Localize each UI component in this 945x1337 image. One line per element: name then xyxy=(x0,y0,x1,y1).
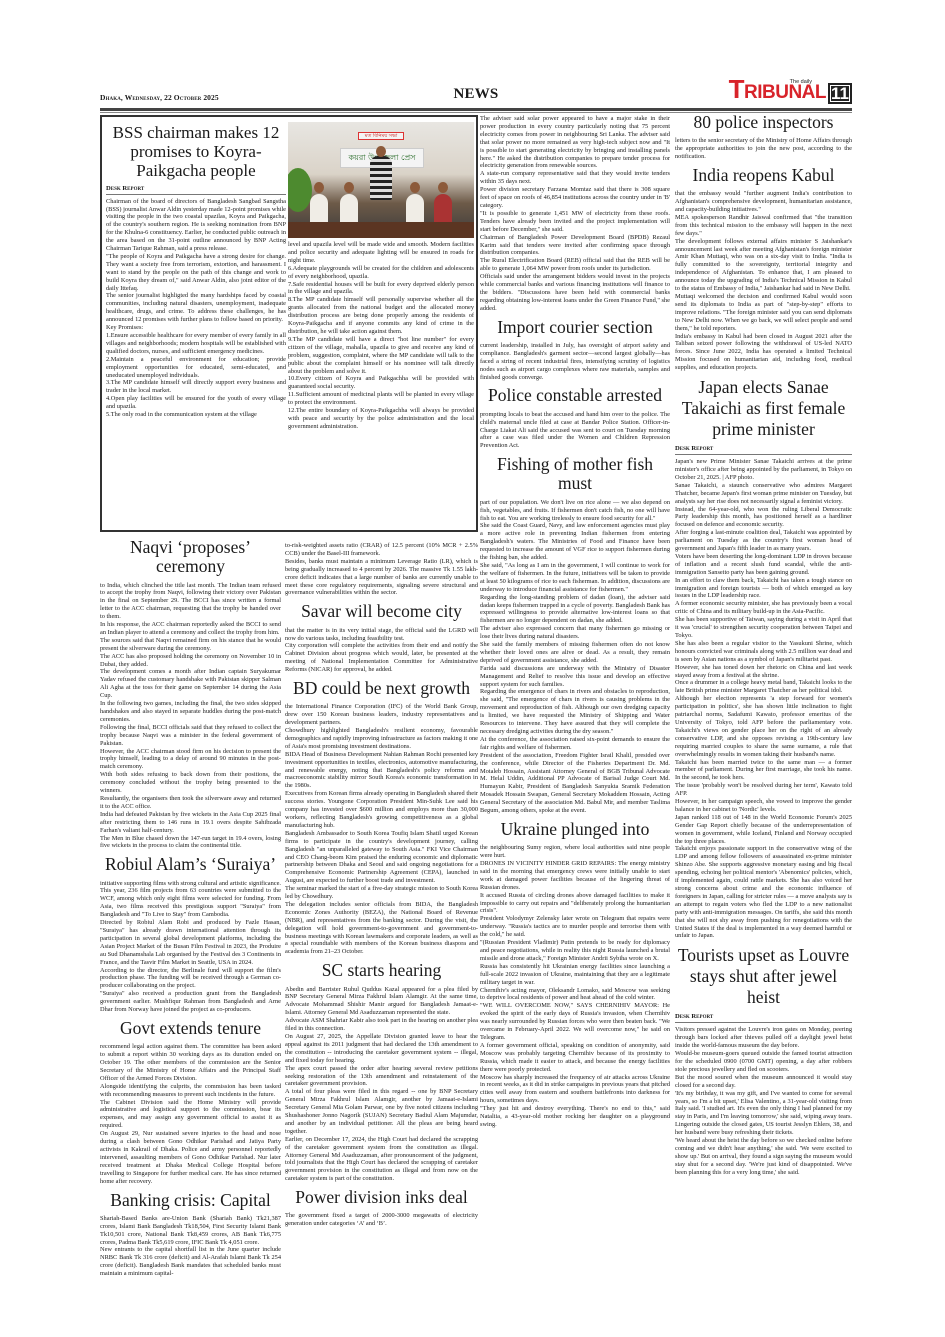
tribunal-logo[interactable]: The daily TRIBUNAL 11 xyxy=(729,80,852,104)
article-body-power-deal-cont: The adviser said solar power appeared to… xyxy=(480,115,670,313)
headline-constable[interactable]: Police constable arrested xyxy=(480,386,670,405)
article-body-banking-cont: to-risk-weighted assets ratio (CRAR) of … xyxy=(285,542,478,597)
headline-suraiya[interactable]: Robiul Alam’s ‘Suraiya’ xyxy=(100,855,281,874)
speaker-figure xyxy=(370,156,392,200)
headline-japan[interactable]: Japan elects Sanae Takaichi as first fem… xyxy=(675,377,852,440)
article-bss-chairman[interactable]: BSS chairman makes 12 promises to Koyra-… xyxy=(100,115,478,532)
masthead: Dhaka, Wednesday, 22 October 2025 NEWS T… xyxy=(100,84,852,108)
headline-india-kabul[interactable]: India reopens Kabul xyxy=(675,166,852,185)
person-head xyxy=(314,182,324,193)
column-2: to-risk-weighted assets ratio (CRAR) of … xyxy=(285,536,478,1228)
person-figure xyxy=(434,194,452,224)
article-body-constable: prompting locals to beat the accused and… xyxy=(480,411,670,451)
article-body-savar: that the matter is in its very initial s… xyxy=(285,627,478,674)
headline[interactable]: BSS chairman makes 12 promises to Koyra-… xyxy=(106,123,286,181)
article-body-sc-hearing: Abedin and Barrister Ruhul Quddus Kazal … xyxy=(285,986,478,1184)
byline-japan: Desk Report xyxy=(675,445,852,455)
photo-banner-top: মত বিনিময় সভা xyxy=(358,132,404,140)
column-3: The adviser said solar power appeared to… xyxy=(480,115,670,1129)
byline-louvre: Desk Report xyxy=(675,1013,852,1023)
person-figure xyxy=(310,194,328,224)
article-body-naqvi: to India, which clinched the title last … xyxy=(100,582,281,851)
newspaper-page: Dhaka, Wednesday, 22 October 2025 NEWS T… xyxy=(100,84,852,108)
article-body: Chairman of the board of directors of Ba… xyxy=(106,198,286,419)
headline-bd-growth[interactable]: BD could be next growth xyxy=(285,679,478,698)
column-4: 80 police inspectors letters to the seni… xyxy=(675,115,852,1177)
article-body-suraiya: initiative supporting films with strong … xyxy=(100,880,281,1014)
article-body-ukraine: the neighbouring Sumy region, where loca… xyxy=(480,844,670,1129)
person-head xyxy=(344,182,354,193)
headline-sc-hearing[interactable]: SC starts hearing xyxy=(285,961,478,980)
person-figure xyxy=(406,194,424,224)
article-body-courier: current leadership, installed in July, h… xyxy=(480,342,670,382)
headline-govt-tenure[interactable]: Govt extends tenure xyxy=(100,1019,281,1038)
headline-police-inspectors[interactable]: 80 police inspectors xyxy=(675,113,852,132)
article-body-japan: Japan's new Prime Minister Sanae Takaich… xyxy=(675,458,852,940)
person-figure xyxy=(340,194,358,224)
headline-banking[interactable]: Banking crisis: Capital xyxy=(100,1191,281,1210)
article-body-india-kabul: that the embassy would "further augment … xyxy=(675,190,852,372)
byline: Desk Report xyxy=(106,185,286,195)
column-1: Naqvi ‘proposes’ ceremony to India, whic… xyxy=(100,536,281,1278)
speaker-head xyxy=(376,146,386,157)
article-body-bd-growth: the International Finance Corporation (I… xyxy=(285,703,478,956)
masthead-rule xyxy=(100,108,852,111)
person-head xyxy=(410,182,420,193)
article-body-police-inspectors: letters to the senior secretary of the M… xyxy=(675,137,852,161)
article-body: level and upazila level will be made wid… xyxy=(288,241,474,431)
headline-fishing[interactable]: Fishing of mother fish must xyxy=(480,455,670,494)
article-body-banking: Shariah-Based Banks are-Union Bank (Shar… xyxy=(100,1215,281,1278)
article-body-govt-tenure: recommend legal action against them. The… xyxy=(100,1043,281,1185)
article-body-power-deal: The government fixed a target of 2000-30… xyxy=(285,1212,478,1228)
article-body-fishing: part of our population. We don't live on… xyxy=(480,499,670,815)
page-number: 11 xyxy=(828,83,852,104)
article-photo[interactable]: মত বিনিময় সভা কয়রা উপজেলা প্রেস ক্লাব xyxy=(288,122,474,238)
logo-t-icon: T xyxy=(729,74,744,104)
headline-power-deal[interactable]: Power division inks deal xyxy=(285,1188,478,1207)
plant-shape xyxy=(288,168,312,212)
headline-ukraine[interactable]: Ukraine plunged into xyxy=(480,820,670,839)
headline-naqvi[interactable]: Naqvi ‘proposes’ ceremony xyxy=(100,538,281,577)
person-head xyxy=(438,182,448,193)
headline-savar[interactable]: Savar will become city xyxy=(285,602,478,621)
headline-louvre[interactable]: Tourists upset as Louvre stays shut afte… xyxy=(675,945,852,1008)
headline-courier[interactable]: Import courier section xyxy=(480,318,670,337)
article-body-louvre: Visitors pressed against the Louvre's ir… xyxy=(675,1026,852,1176)
table-shape xyxy=(288,222,474,238)
logo-tagline: The daily xyxy=(790,79,812,85)
